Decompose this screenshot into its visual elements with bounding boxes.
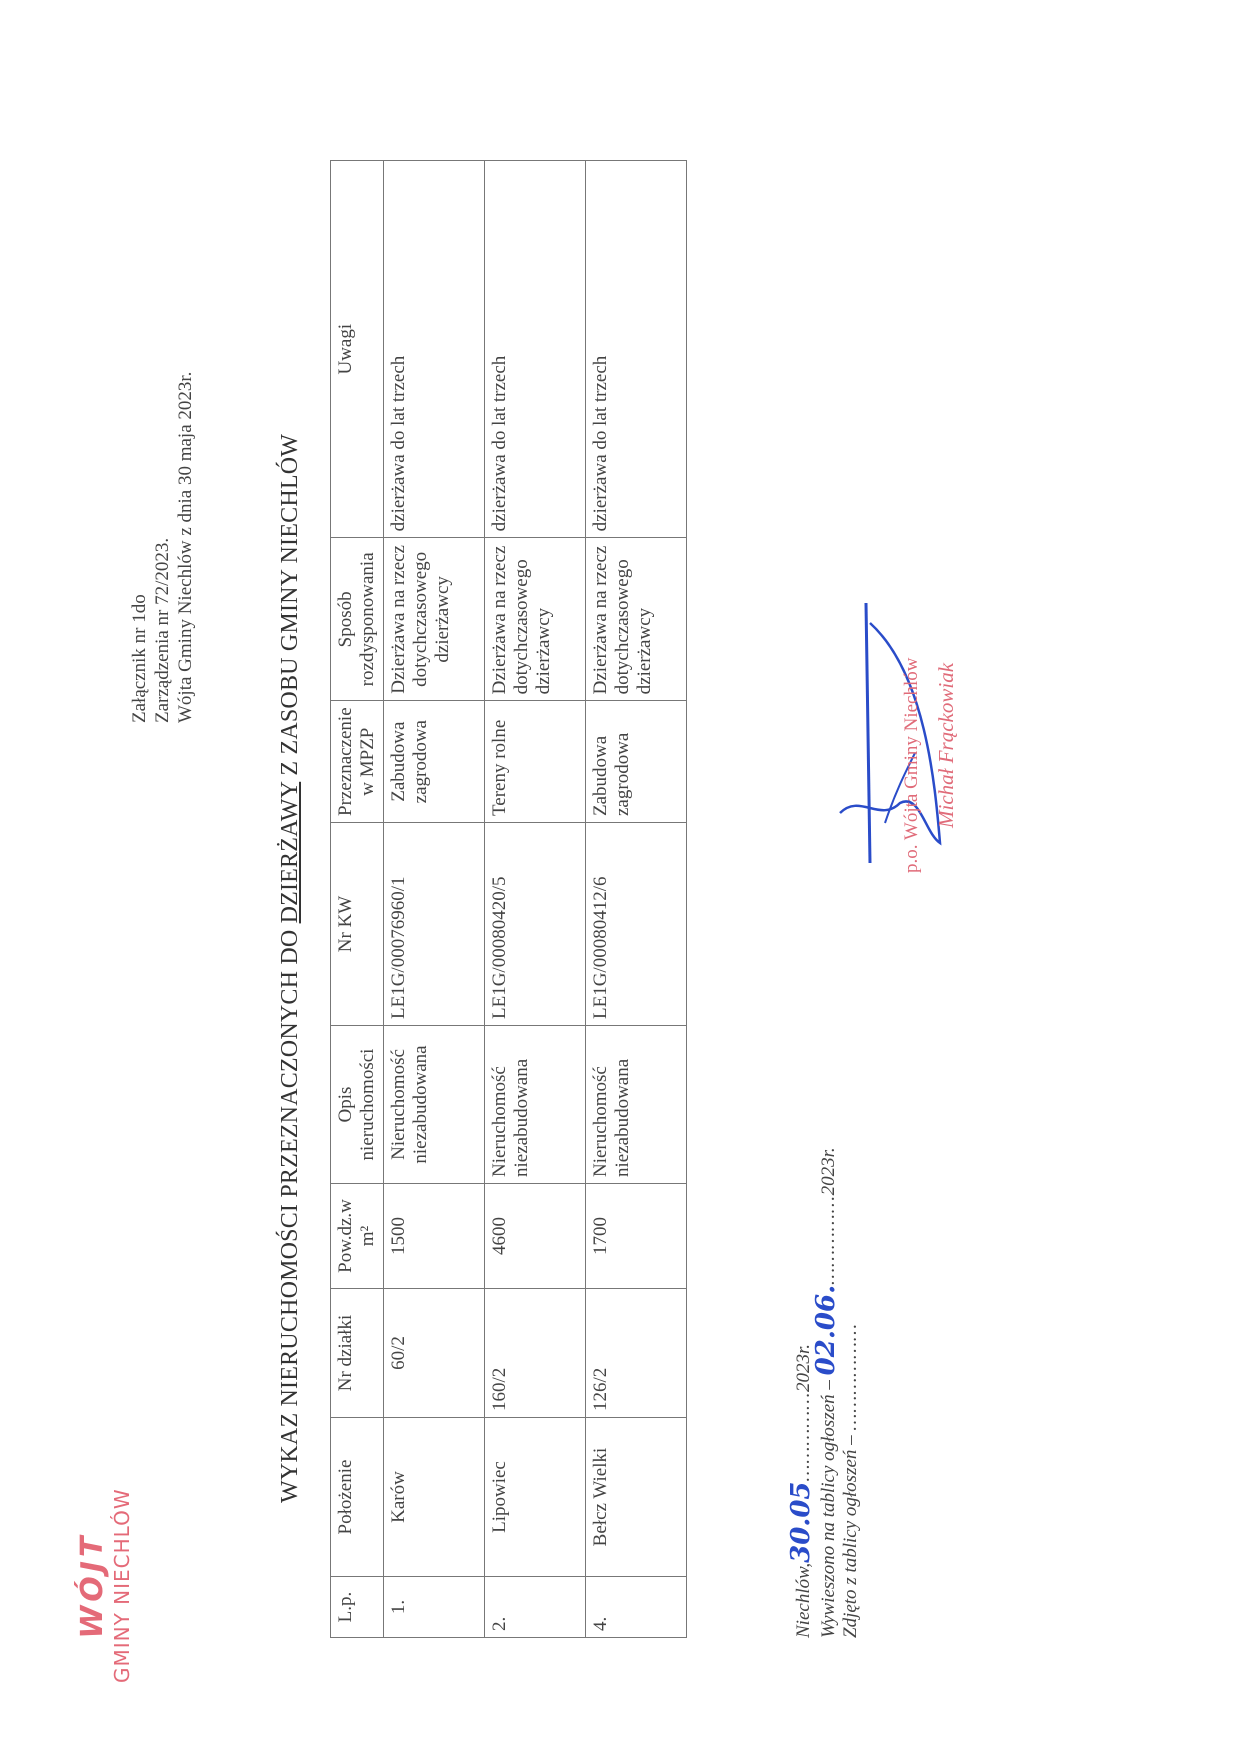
col-mpzp: Przeznaczenie w MPZP [331, 701, 384, 823]
note-removed-line: Zdjęto z tablicy ogłoszeń – ……………… [840, 1147, 862, 1638]
note-date-line: Niechlów,30.05……………2023r. [790, 1147, 815, 1638]
handwritten-date: 30.05 [786, 1481, 816, 1562]
property-table: L.p. Położenie Nr działki Pow.dz.w m² Op… [330, 160, 687, 1638]
signature-stamp-name: Michał Frąckowiak [929, 658, 963, 873]
header-line-1: Załącznik nr 1do [128, 372, 151, 723]
col-polozenie: Położenie [331, 1418, 384, 1577]
stamp-subtitle: GMINY NIECHLÓW [110, 1488, 134, 1683]
wojt-stamp: WÓJT GMINY NIECHLÓW [75, 1488, 134, 1683]
handwritten-posted-date: 02.06. [811, 1285, 841, 1375]
col-opis: Opis nieruchomości [331, 1026, 384, 1184]
document-page: WÓJT GMINY NIECHLÓW Załącznik nr 1do Zar… [0, 0, 1240, 1753]
header-line-2: Zarządzenia nr 72/2023. [151, 372, 174, 723]
table-row: 4. Bełcz Wielki 126/2 1700 Nieruchomość … [586, 161, 687, 1638]
col-lp: L.p. [331, 1577, 384, 1638]
col-powierzchnia: Pow.dz.w m² [331, 1184, 384, 1289]
col-uwagi: Uwagi [331, 161, 384, 538]
note-posted-line: Wywieszono na tablicy ogłoszeń – 02.06.…… [815, 1147, 840, 1638]
col-sposob: Sposób rozdysponowania [331, 538, 384, 701]
document-title: WYKAZ NIERUCHOMOŚCI PRZEZNACZONYCH DO DZ… [277, 434, 304, 1503]
header-line-3: Wójta Gminy Niechlów z dnia 30 maja 2023… [174, 372, 197, 723]
table-header-row: L.p. Położenie Nr działki Pow.dz.w m² Op… [331, 161, 384, 1638]
col-nr-dzialki: Nr działki [331, 1289, 384, 1418]
signature-stamp: p.o. Wójta Gminy Niechlów Michał Frąckow… [895, 658, 963, 873]
signature-stamp-title: p.o. Wójta Gminy Niechlów [895, 658, 929, 873]
attachment-header: Załącznik nr 1do Zarządzenia nr 72/2023.… [128, 372, 197, 723]
posting-notes: Niechlów,30.05……………2023r. Wywieszono na … [790, 1147, 862, 1638]
col-nr-kw: Nr KW [331, 823, 384, 1026]
stamp-title: WÓJT [75, 1488, 110, 1683]
table-row: 1. Karów 60/2 1500 Nieruchomość niezabud… [384, 161, 485, 1638]
table-row: 2. Lipowiec 160/2 4600 Nieruchomość niez… [485, 161, 586, 1638]
